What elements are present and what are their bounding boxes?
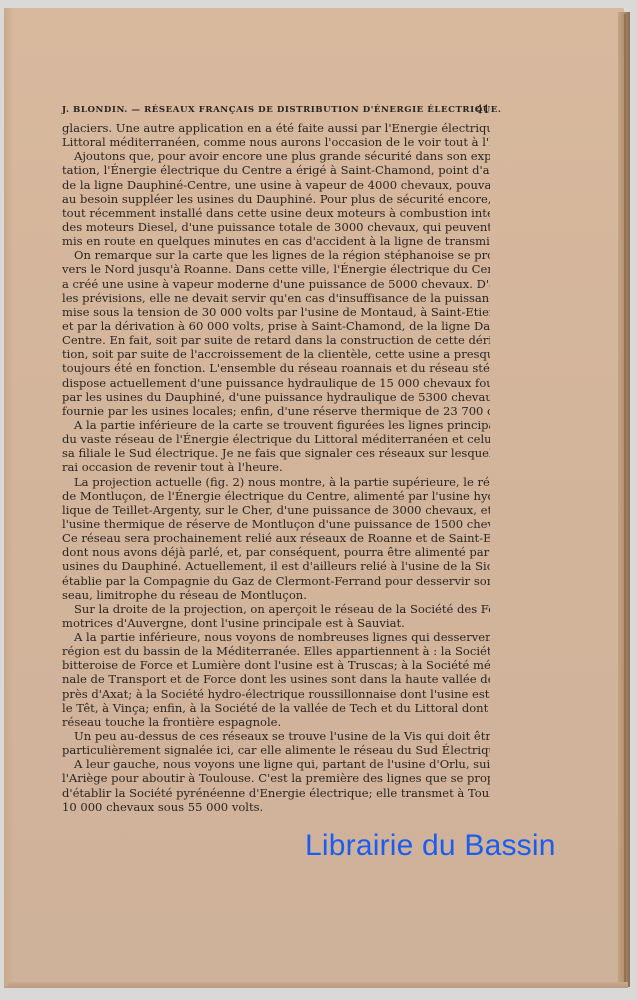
text-line: seau, limitrophe du réseau de Montluçon. bbox=[62, 588, 490, 602]
text-line: par les usines du Dauphiné, d'une puissa… bbox=[62, 390, 490, 404]
text-line: d'établir la Société pyrénéenne d'Energi… bbox=[62, 786, 490, 800]
text-line: lique de Teillet-Argenty, sur le Cher, d… bbox=[62, 503, 490, 517]
text-line: tout récemment installé dans cette usine… bbox=[62, 206, 490, 220]
text-line: Sur la droite de la projection, on aperç… bbox=[62, 602, 490, 616]
text-line: glaciers. Une autre application en a été… bbox=[62, 121, 490, 135]
text-line: usines du Dauphiné. Actuellement, il est… bbox=[62, 559, 490, 573]
text-line: au besoin suppléer les usines du Dauphin… bbox=[62, 192, 490, 206]
text-line: près d'Axat; à la Société hydro-électriq… bbox=[62, 687, 490, 701]
text-line: A leur gauche, nous voyons une ligne qui… bbox=[62, 757, 490, 771]
text-line: tion, soit par suite de l'accroissement … bbox=[62, 347, 490, 361]
text-line: toujours été en fonction. L'ensemble du … bbox=[62, 361, 490, 375]
text-line: Littoral méditerranéen, comme nous auron… bbox=[62, 135, 490, 149]
text-line: 10 000 chevaux sous 55 000 volts. bbox=[62, 800, 490, 814]
text-line: tation, l'Énergie électrique du Centre a… bbox=[62, 163, 490, 177]
text-line: bitteroise de Force et Lumière dont l'us… bbox=[62, 658, 490, 672]
text-line: dont nous avons déjà parlé, et, par cons… bbox=[62, 545, 490, 559]
text-line: du vaste réseau de l'Énergie électrique … bbox=[62, 432, 490, 446]
text-line: l'usine thermique de réserve de Montluço… bbox=[62, 517, 490, 531]
body-text: glaciers. Une autre application en a été… bbox=[62, 121, 490, 814]
text-line: Un peu au-dessus de ces réseaux se trouv… bbox=[62, 729, 490, 743]
text-line: Centre. En fait, soit par suite de retar… bbox=[62, 333, 490, 347]
text-line: réseau touche la frontière espagnole. bbox=[62, 715, 490, 729]
running-head-title: J. BLONDIN. — RÉSEAUX FRANÇAIS DE DISTRI… bbox=[62, 105, 501, 115]
running-head: J. BLONDIN. — RÉSEAUX FRANÇAIS DE DISTRI… bbox=[62, 104, 490, 118]
text-line: La projection actuelle (fig. 2) nous mon… bbox=[62, 475, 490, 489]
text-line: fournie par les usines locales; enfin, d… bbox=[62, 404, 490, 418]
page-edge-line bbox=[624, 14, 626, 984]
text-line: motrices d'Auvergne, dont l'usine princi… bbox=[62, 616, 490, 630]
text-line: établie par la Compagnie du Gaz de Clerm… bbox=[62, 574, 490, 588]
text-line: et par la dérivation à 60 000 volts, pri… bbox=[62, 319, 490, 333]
text-line: l'Ariège pour aboutir à Toulouse. C'est … bbox=[62, 771, 490, 785]
text-line: rai occasion de revenir tout à l'heure. bbox=[62, 460, 490, 474]
text-line: de Montluçon, de l'Énergie électrique du… bbox=[62, 489, 490, 503]
text-line: On remarque sur la carte que les lignes … bbox=[62, 248, 490, 262]
text-line: dispose actuellement d'une puissance hyd… bbox=[62, 376, 490, 390]
text-line: des moteurs Diesel, d'une puissance tota… bbox=[62, 220, 490, 234]
text-line: région est du bassin de la Méditerranée.… bbox=[62, 644, 490, 658]
text-line: mis en route en quelques minutes en cas … bbox=[62, 234, 490, 248]
text-line: a créé une usine à vapeur moderne d'une … bbox=[62, 277, 490, 291]
text-line: Ce réseau sera prochainement relié aux r… bbox=[62, 531, 490, 545]
text-line: Ajoutons que, pour avoir encore une plus… bbox=[62, 149, 490, 163]
text-line: mise sous la tension de 30 000 volts par… bbox=[62, 305, 490, 319]
bottom-page-edges bbox=[8, 982, 628, 988]
page-gutter-shadow bbox=[4, 8, 14, 986]
text-line: de la ligne Dauphiné-Centre, une usine à… bbox=[62, 178, 490, 192]
text-line: A la partie inférieure de la carte se tr… bbox=[62, 418, 490, 432]
watermark: Librairie du Bassin bbox=[305, 829, 556, 863]
text-line: particulièrement signalée ici, car elle … bbox=[62, 743, 490, 757]
text-line: vers le Nord jusqu'à Roanne. Dans cette … bbox=[62, 262, 490, 276]
text-line: A la partie inférieure, nous voyons de n… bbox=[62, 630, 490, 644]
page-number: 41 bbox=[476, 103, 490, 116]
text-line: sa filiale le Sud électrique. Je ne fais… bbox=[62, 446, 490, 460]
text-line: le Têt, à Vinça; enfin, à la Société de … bbox=[62, 701, 490, 715]
text-line: nale de Transport et de Force dont les u… bbox=[62, 672, 490, 686]
text-line: les prévisions, elle ne devait servir qu… bbox=[62, 291, 490, 305]
